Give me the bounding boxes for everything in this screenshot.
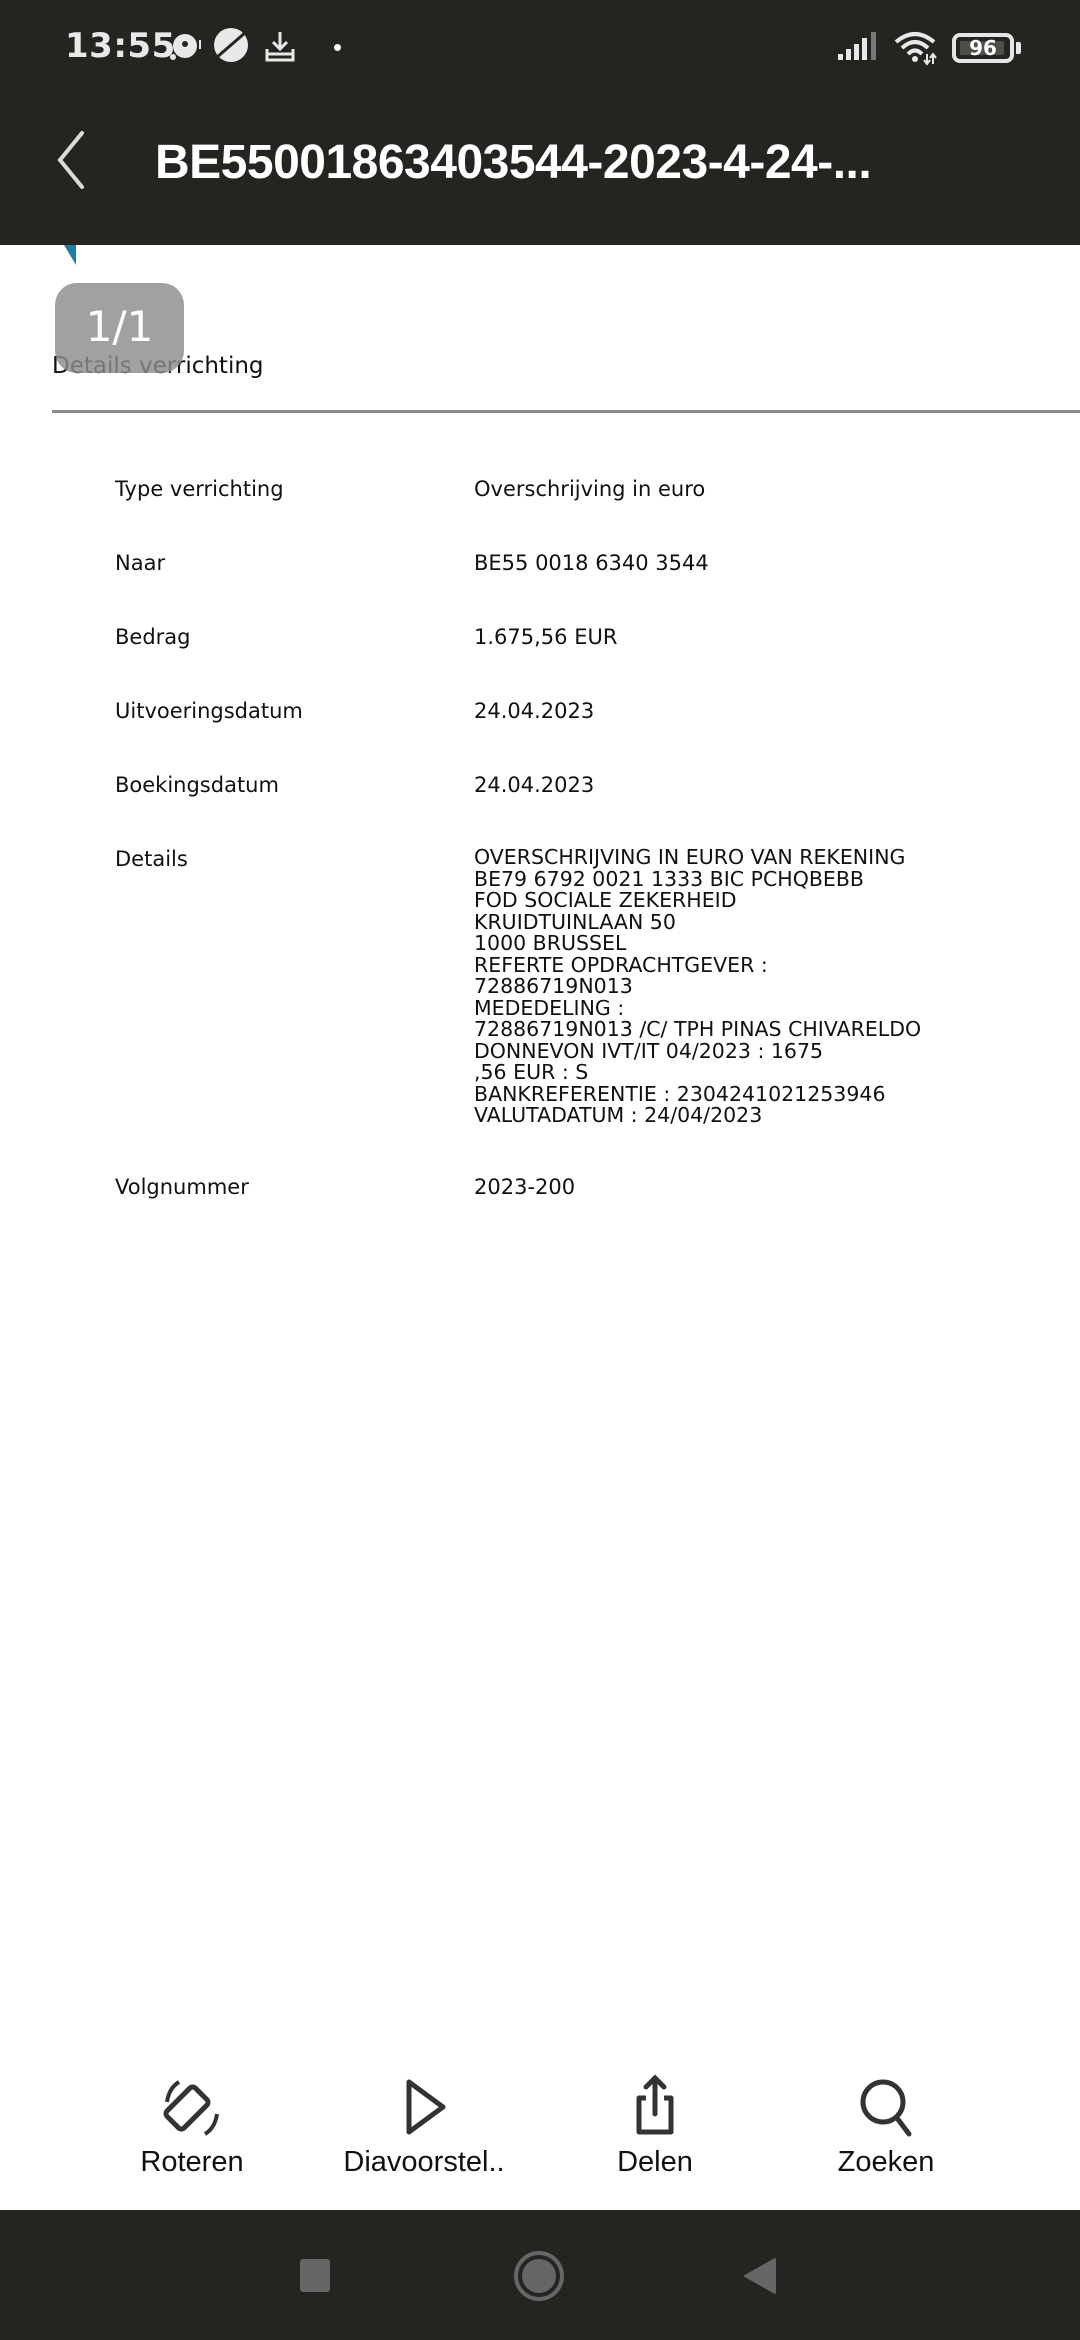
more-dot-icon bbox=[334, 44, 341, 51]
details-line: DONNEVON IVT/IT 04/2023 : 1675 bbox=[474, 1041, 921, 1063]
details-line: KRUIDTUINLAAN 50 bbox=[474, 912, 921, 934]
row-value: 24.04.2023 bbox=[474, 773, 594, 797]
play-icon bbox=[391, 2074, 457, 2140]
details-line: 1000 BRUSSEL bbox=[474, 933, 921, 955]
details-line: BE79 6792 0021 1333 BIC PCHQBEBB bbox=[474, 869, 921, 891]
tool-label: Delen bbox=[555, 2146, 755, 2179]
details-line: 72886719N013 bbox=[474, 976, 921, 998]
details-line: 72886719N013 /C/ TPH PINAS CHIVARELDO bbox=[474, 1019, 921, 1041]
chevron-left-icon[interactable] bbox=[50, 125, 100, 195]
recents-icon[interactable] bbox=[300, 2259, 330, 2292]
page-indicator: 1/1 bbox=[55, 283, 184, 373]
screen-recorder-icon bbox=[168, 32, 202, 62]
tool-label: Diavoorstel.. bbox=[324, 2146, 524, 2179]
row-label: Boekingsdatum bbox=[115, 773, 279, 797]
details-line: REFERTE OPDRACHTGEVER : bbox=[474, 955, 921, 977]
search-icon bbox=[853, 2074, 919, 2140]
row-value: 1.675,56 EUR bbox=[474, 625, 617, 649]
share-button[interactable]: Delen bbox=[555, 2060, 755, 2190]
document-title: BE55001863403544-2023-4-24-... bbox=[155, 135, 935, 190]
browser-planet-icon bbox=[213, 27, 249, 63]
status-time: 13:55 bbox=[65, 26, 176, 66]
document-viewer[interactable]: 1/1 Details verrichting Type verrichting… bbox=[0, 245, 1080, 2200]
row-label: Type verrichting bbox=[115, 477, 284, 501]
row-label: Naar bbox=[115, 551, 165, 575]
row-label: Volgnummer bbox=[115, 1175, 249, 1199]
bottom-toolbar: Roteren Diavoorstel.. Delen Zoeken bbox=[0, 2060, 1080, 2210]
details-line: VALUTADATUM : 24/04/2023 bbox=[474, 1105, 921, 1127]
details-line: FOD SOCIALE ZEKERHEID bbox=[474, 890, 921, 912]
cell-signal-icon bbox=[838, 32, 878, 62]
back-triangle-icon[interactable] bbox=[743, 2257, 777, 2295]
row-label: Details bbox=[115, 847, 188, 871]
rotate-button[interactable]: Roteren bbox=[92, 2060, 292, 2190]
row-value: BE55 0018 6340 3544 bbox=[474, 551, 709, 575]
tool-label: Roteren bbox=[92, 2146, 292, 2179]
system-nav-bar bbox=[0, 2210, 1080, 2340]
share-icon bbox=[622, 2074, 688, 2140]
details-line: MEDEDELING : bbox=[474, 998, 921, 1020]
details-line: ,56 EUR : S bbox=[474, 1062, 921, 1084]
download-icon bbox=[264, 30, 296, 63]
app-bar: BE55001863403544-2023-4-24-... bbox=[0, 95, 1080, 245]
status-bar: 13:55 96 bbox=[0, 0, 1080, 95]
row-label: Uitvoeringsdatum bbox=[115, 699, 303, 723]
tool-label: Zoeken bbox=[786, 2146, 986, 2179]
details-text: OVERSCHRIJVING IN EURO VAN REKENING BE79… bbox=[474, 847, 921, 1127]
battery-level: 96 bbox=[952, 33, 1014, 63]
rotate-icon bbox=[159, 2074, 225, 2140]
section-divider bbox=[52, 410, 1080, 413]
battery-indicator: 96 bbox=[952, 33, 1022, 63]
row-label: Bedrag bbox=[115, 625, 191, 649]
details-line: OVERSCHRIJVING IN EURO VAN REKENING bbox=[474, 847, 921, 869]
slideshow-button[interactable]: Diavoorstel.. bbox=[324, 2060, 524, 2190]
bank-logo-fragment bbox=[62, 245, 78, 267]
wifi-icon bbox=[893, 30, 939, 66]
details-line: BANKREFERENTIE : 2304241021253946 bbox=[474, 1084, 921, 1106]
row-value: 24.04.2023 bbox=[474, 699, 594, 723]
row-value: 2023-200 bbox=[474, 1175, 575, 1199]
row-value: Overschrijving in euro bbox=[474, 477, 705, 501]
search-button[interactable]: Zoeken bbox=[786, 2060, 986, 2190]
home-icon[interactable] bbox=[514, 2251, 564, 2301]
